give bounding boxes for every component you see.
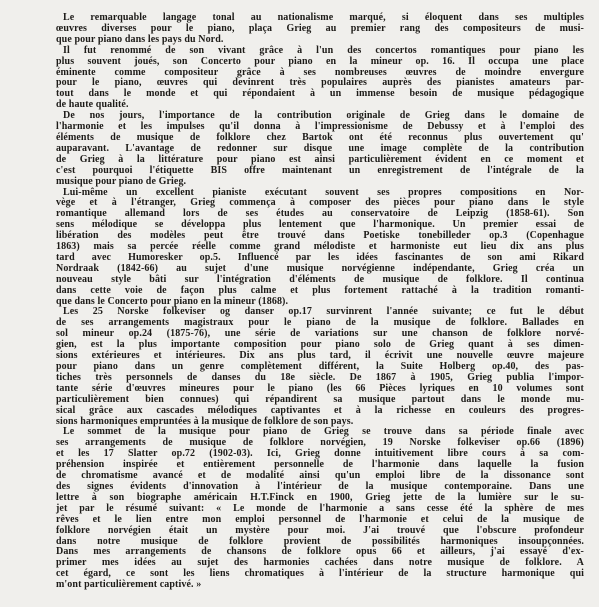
text-line: musique pour piano de Grieg. [56, 177, 584, 188]
scanned-page: Le remarquable langage tonal au national… [0, 0, 599, 607]
text-line: c'est pourquoi l'étiquette BIS offre mai… [56, 166, 584, 177]
text-line: dans cette voie de façon plus calme et p… [56, 286, 584, 297]
text-line: m'ont particulièrement captivé. » [56, 580, 584, 591]
text-line: tout dans le monde et qui répondaient à … [56, 89, 584, 100]
text-line: folklore norvégien était un mystère pour… [56, 526, 584, 537]
text-line: Il fut renommé de son vivant grâce à l'u… [56, 46, 584, 57]
text-line: particulièrement bien connues) qui répan… [56, 395, 584, 406]
text-line: sical grâce aux cascades mélodiques capt… [56, 406, 584, 417]
text-column: Le remarquable langage tonal au national… [56, 13, 584, 591]
text-line: plus souvent joués, son Concerto pour pi… [56, 57, 584, 68]
text-line: rêves et le lien entre mon emploi person… [56, 515, 584, 526]
